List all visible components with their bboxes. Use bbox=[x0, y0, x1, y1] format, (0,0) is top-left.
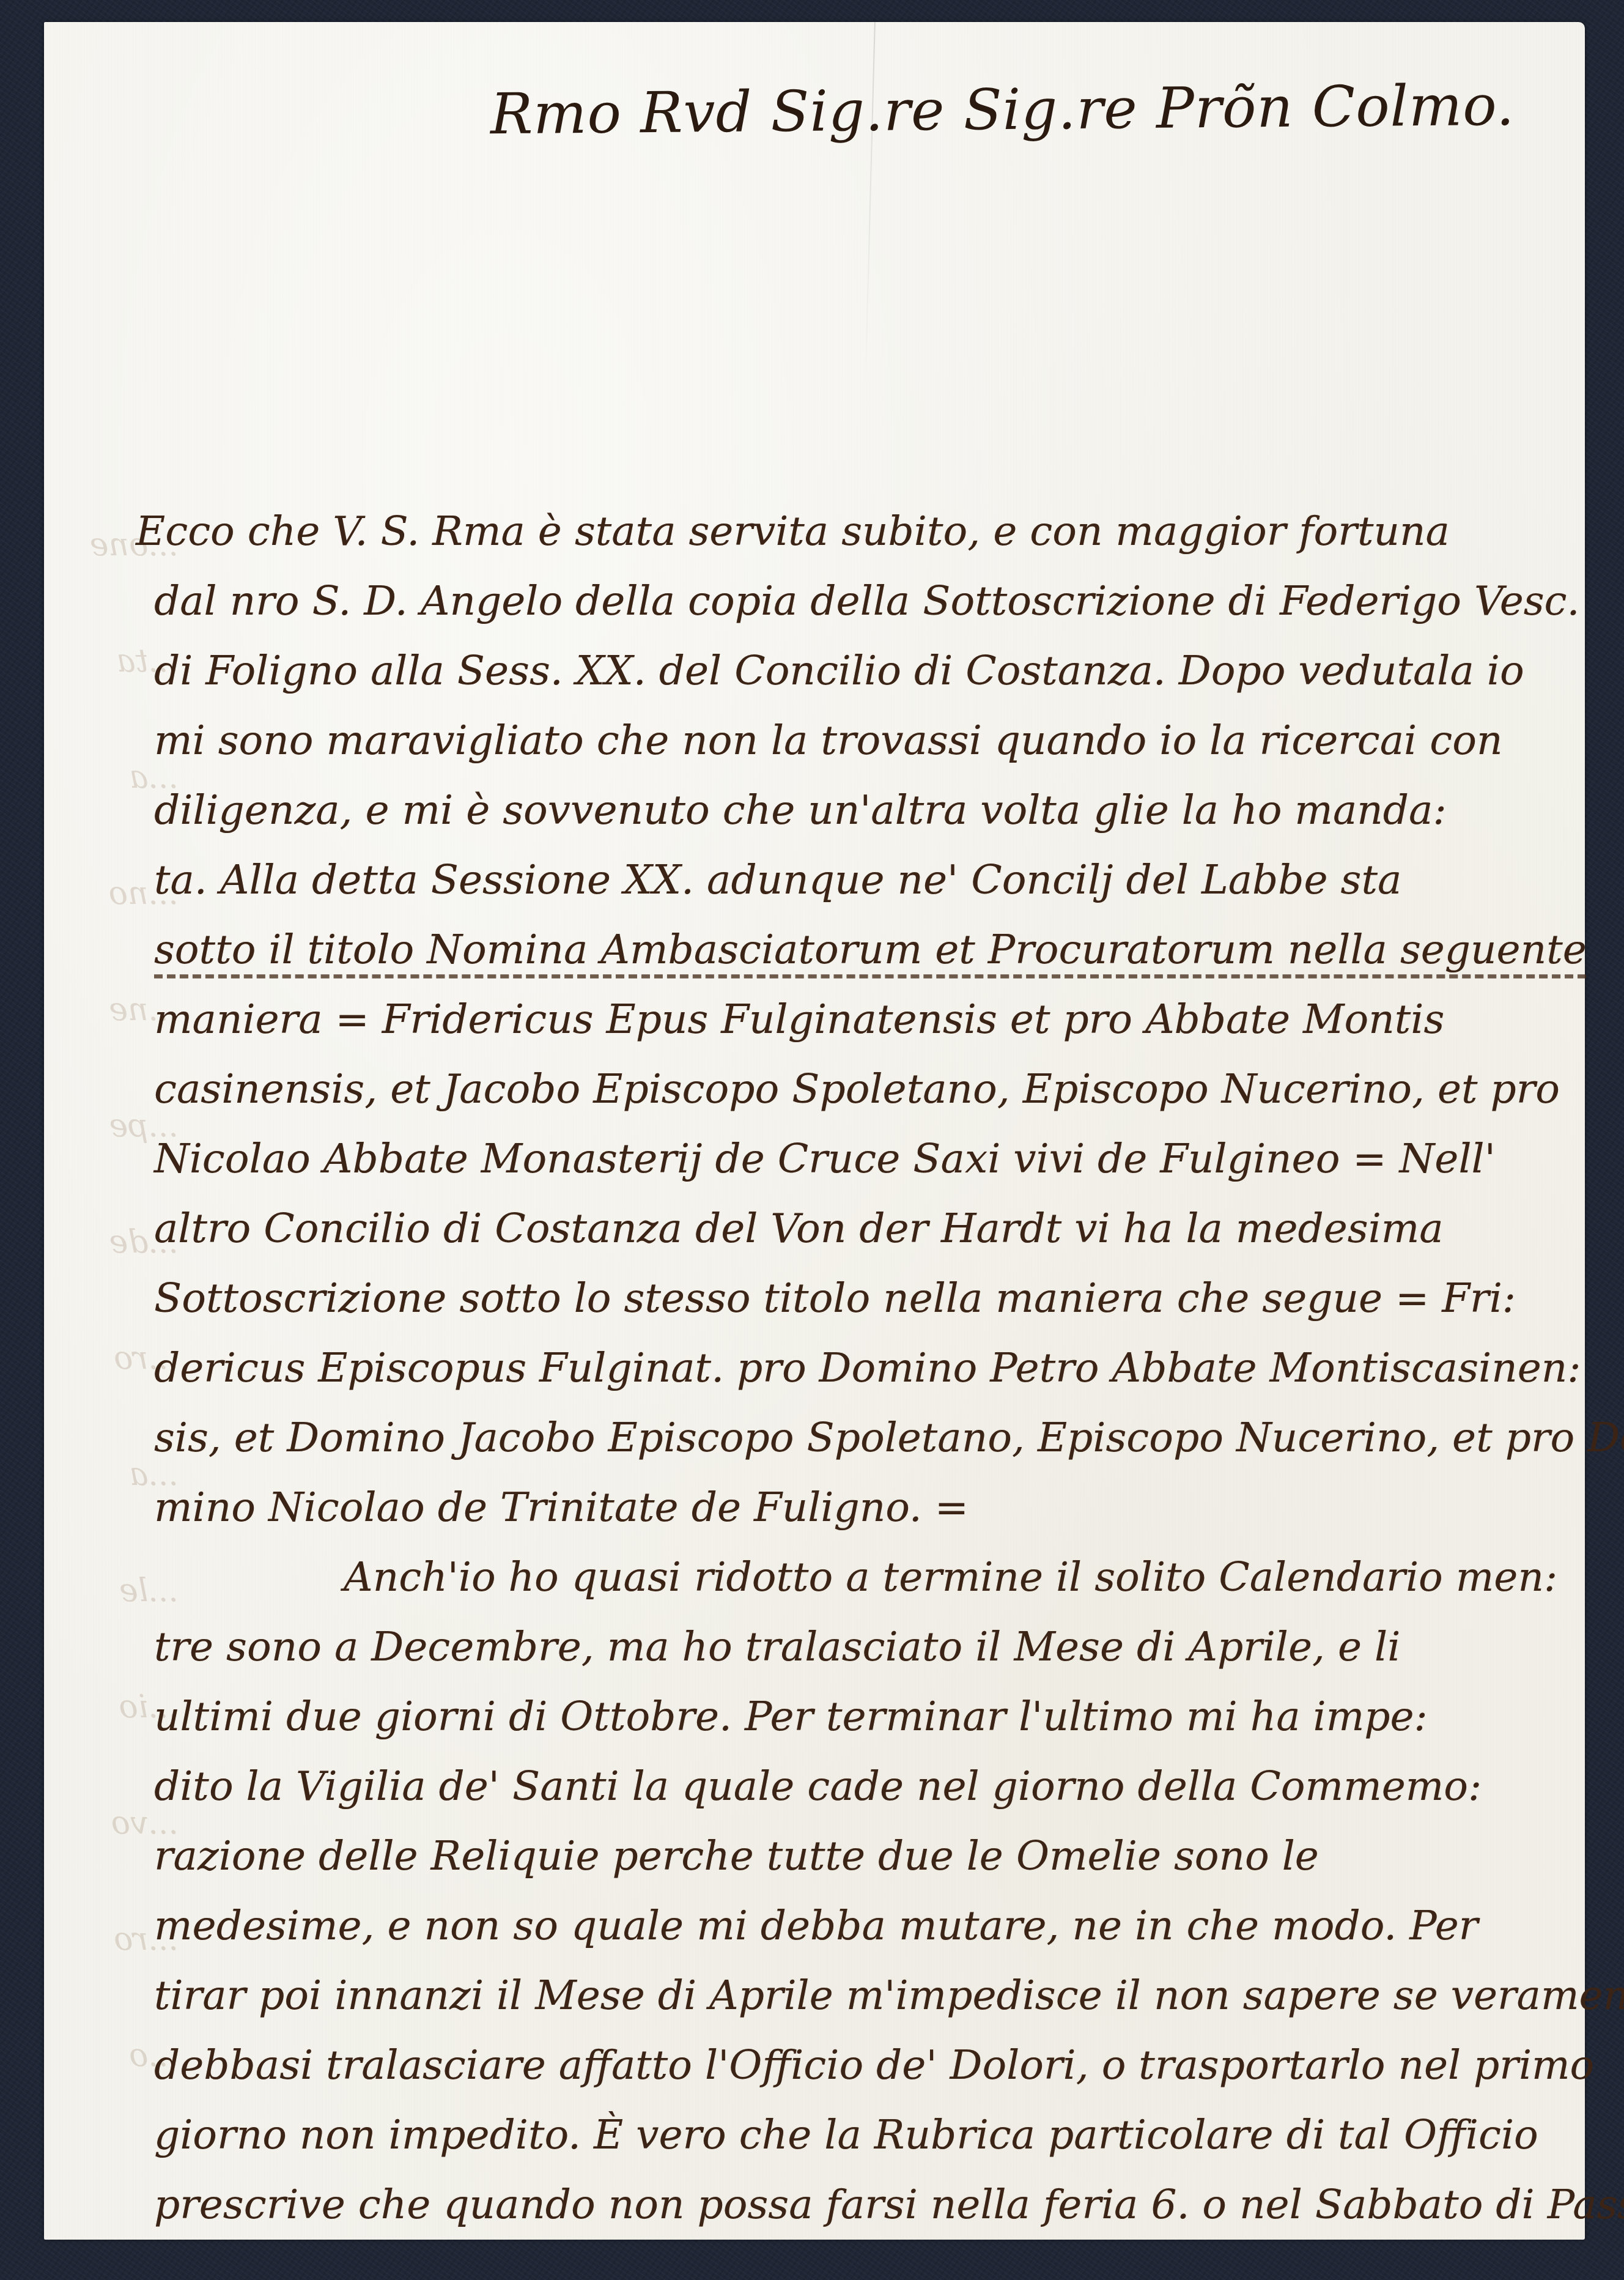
text-line: medesime, e non so quale mi debba mutare… bbox=[136, 1906, 1615, 1975]
text-line: sis, et Domino Jacobo Episcopo Spoletano… bbox=[136, 1418, 1615, 1487]
text-line: prescrive che quando non possa farsi nel… bbox=[136, 2185, 1615, 2254]
text-line: giorno non impedito. È vero che la Rubri… bbox=[136, 2115, 1615, 2185]
text-line: debbasi tralasciare affatto l'Officio de… bbox=[136, 2045, 1615, 2115]
text-line: diligenza, e mi è sovvenuto che un'altra… bbox=[136, 790, 1615, 860]
manuscript-page: ...one ...ta ...a ...no ...ne ...pe ...d… bbox=[44, 22, 1585, 2240]
letter-salutation: Rmo Rvd Sig.re Sig.re Prõn Colmo. bbox=[490, 73, 1515, 147]
paper-fold-line bbox=[865, 22, 876, 389]
text-line: tirar poi innanzi il Mese di Aprile m'im… bbox=[136, 1975, 1615, 2045]
text-line: maniera = Fridericus Epus Fulginatensis … bbox=[136, 999, 1615, 1069]
text-line-paragraph-start: Anch'io ho quasi ridotto a termine il so… bbox=[136, 1557, 1615, 1627]
text-line: Sottoscrizione sotto lo stesso titolo ne… bbox=[136, 1278, 1615, 1348]
text-line: razione delle Reliquie perche tutte due … bbox=[136, 1836, 1615, 1906]
text-line: dal nro S. D. Angelo della copia della S… bbox=[136, 581, 1615, 651]
text-line: ta. Alla detta Sessione XX. adunque ne' … bbox=[136, 860, 1615, 930]
text-line: Ecco che V. S. Rma è stata servita subit… bbox=[136, 511, 1615, 581]
text-line: altro Concilio di Costanza del Von der H… bbox=[136, 1208, 1615, 1278]
text-line: dericus Episcopus Fulginat. pro Domino P… bbox=[136, 1348, 1615, 1418]
text-line: dito la Vigilia de' Santi la quale cade … bbox=[136, 1766, 1615, 1836]
text-line-underlined: sotto il titolo Nomina Ambasciatorum et … bbox=[136, 930, 1615, 999]
letter-body: Ecco che V. S. Rma è stata servita subit… bbox=[136, 511, 1615, 2254]
text-line: ultimi due giorni di Ottobre. Per termin… bbox=[136, 1697, 1615, 1766]
text-line: Nicolao Abbate Monasterij de Cruce Saxi … bbox=[136, 1139, 1615, 1208]
text-line: di Foligno alla Sess. XX. del Concilio d… bbox=[136, 651, 1615, 720]
text-line: casinensis, et Jacobo Episcopo Spoletano… bbox=[136, 1069, 1615, 1139]
text-line: mi sono maravigliato che non la trovassi… bbox=[136, 720, 1615, 790]
text-line: mino Nicolao de Trinitate de Fuligno. = bbox=[136, 1487, 1615, 1557]
text-line: tre sono a Decembre, ma ho tralasciato i… bbox=[136, 1627, 1615, 1697]
